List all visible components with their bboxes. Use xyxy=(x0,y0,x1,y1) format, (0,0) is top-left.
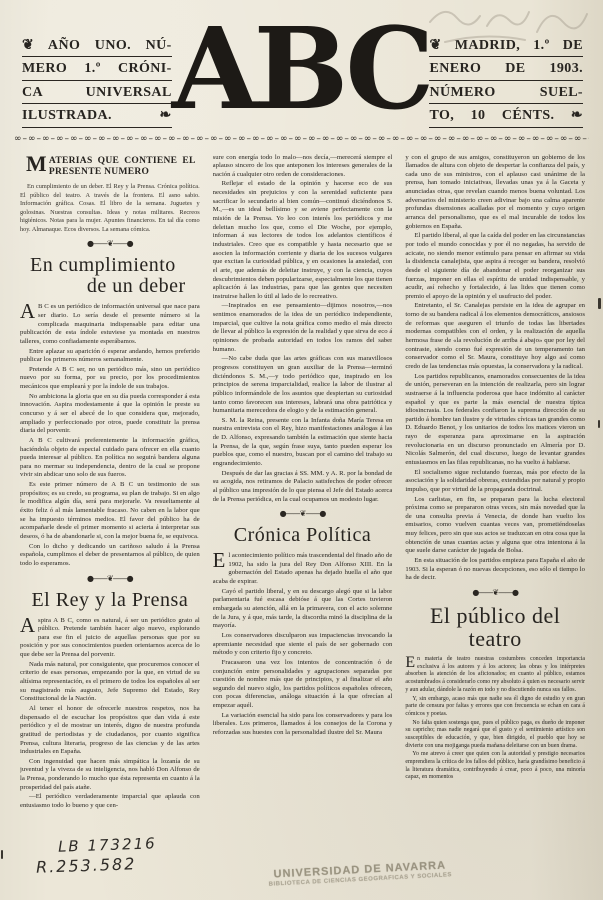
article-title: El Rey y la Prensa xyxy=(20,590,200,611)
paragraph: No ambiciona la gloria que en su día pue… xyxy=(20,393,200,436)
handwritten-accession-number: LB 173216 xyxy=(58,834,157,855)
paragraph: Cayó el partido liberal, y en su descarg… xyxy=(213,588,393,631)
paragraph: El socialismo sigue reclutando fuerzas, … xyxy=(405,469,585,495)
lead-paragraph: El acontecimiento político más trascende… xyxy=(213,552,393,587)
lead-paragraph: A B C es un periódico de información uni… xyxy=(20,303,200,346)
paragraph: Reflejar el estado de la opinión y hacer… xyxy=(213,180,393,301)
paragraph: Pretende A B C ser, no un periódico más,… xyxy=(20,366,200,392)
paragraph: En esta situación de los partidos empiez… xyxy=(405,557,585,583)
masthead-right-line: NÚMERO SUEL- xyxy=(429,85,583,104)
article-body: Cayó el partido liberal, y en su descarg… xyxy=(213,588,393,738)
paragraph: —El periódico verdaderamente imparcial q… xyxy=(20,793,200,810)
article-title: Crónica Política xyxy=(213,525,393,546)
paragraph: Con ingenuidad que hacen más simpática l… xyxy=(20,758,200,793)
chain-ornament-divider: ∞–∞–∞–∞–∞–∞–∞–∞–∞–∞–∞–∞–∞–∞–∞–∞–∞–∞–∞–∞–… xyxy=(14,134,589,146)
section-divider-ornament: ●——❦——● xyxy=(213,509,393,518)
masthead-right-line: TO, 10 CÉNTS. ❧ xyxy=(429,108,583,127)
paragraph: Nada más natural, por consiguiente, que … xyxy=(20,661,200,704)
paragraph: Al tener el honor de ofrecerle nuestros … xyxy=(20,705,200,757)
masthead-left-line: CA UNIVERSAL xyxy=(22,85,172,104)
masthead-left-line: ❦ AÑO UNO. NÚ- xyxy=(22,38,172,57)
paragraph: Los partidos republicanos, enamorados co… xyxy=(405,373,585,468)
column-2: sure con energía todo lo malo—nos decía,… xyxy=(213,154,393,896)
paragraph: A B C cultivará preferentemente la infor… xyxy=(20,437,200,480)
article-en-cumplimiento: En cumplimiento de un deber A B C es un … xyxy=(20,255,200,568)
article-el-rey-y-la-prensa: El Rey y la Prensa Aspira A B C, como es… xyxy=(20,590,200,811)
article-body: Y, sin embargo, acaso más que nadie sea … xyxy=(405,696,585,782)
masthead-left-block: ❦ AÑO UNO. NÚ- MERO 1.º CRÓNI- CA UNIVER… xyxy=(22,38,172,132)
paragraph: El partido liberal, al que la caída del … xyxy=(405,232,585,301)
paragraph: Entre aplazar su aparición ó esperar and… xyxy=(20,348,200,365)
section-divider-ornament: ●——❦——● xyxy=(20,574,200,583)
article-continuation: sure con energía todo lo malo—nos decía,… xyxy=(213,154,393,505)
paragraph: S. M. la Reina, presente con la Infanta … xyxy=(213,417,393,469)
article-title-line1: En cumplimiento xyxy=(20,255,200,276)
paragraph: Los conservadores disculparon sus impaci… xyxy=(213,632,393,658)
newspaper-page: ❦ AÑO UNO. NÚ- MERO 1.º CRÓNI- CA UNIVER… xyxy=(0,0,603,900)
paragraph: Y, sin embargo, acaso más que nadie sea … xyxy=(405,696,585,719)
lead-paragraph: En materia de teatro nuestras costumbres… xyxy=(405,656,585,694)
masthead-left-line: ILUSTRADA. ❧ xyxy=(22,108,172,127)
masthead-right-line: ENERO DE 1903. xyxy=(429,61,583,80)
paragraph: Es este primer número de A B C un testim… xyxy=(20,481,200,541)
paragraph: Con lo dicho y dedicando un cariñoso sal… xyxy=(20,543,200,569)
column-1: MATERIAS QUE CONTIENE EL PRESENTE NUMERO… xyxy=(20,154,200,896)
paragraph: Fracasaron una vez los intentos de conce… xyxy=(213,659,393,711)
materias-title: MATERIAS QUE CONTIENE EL PRESENTE NUMERO xyxy=(26,156,200,180)
pencil-scribble xyxy=(425,2,595,54)
section-divider-ornament: ●——❦——● xyxy=(405,588,585,597)
article-title: En cumplimiento de un deber xyxy=(20,255,200,297)
paragraph: —No cabe duda que las artes gráficas con… xyxy=(213,355,393,415)
materias-box: MATERIAS QUE CONTIENE EL PRESENTE NUMERO… xyxy=(20,156,200,235)
handwritten-register-number: R.253.582 xyxy=(36,854,137,876)
column-3: y con el grupo de sus amigos, constituye… xyxy=(405,154,585,896)
paragraph: sure con energía todo lo malo—nos decía,… xyxy=(213,154,393,180)
article-title-line2: de un deber xyxy=(20,276,200,297)
paragraph: Yo me atrevo á creer que quien con la au… xyxy=(405,751,585,782)
article-el-publico-del-teatro: El público del teatro En materia de teat… xyxy=(405,604,585,782)
section-divider-ornament: ●——❦——● xyxy=(20,239,200,248)
masthead-left-line: MERO 1.º CRÓNI- xyxy=(22,61,172,80)
article-cronica-politica: Crónica Política El acontecimiento polít… xyxy=(213,525,393,737)
article-title: El público del teatro xyxy=(405,604,585,650)
paragraph: y con el grupo de sus amigos, constituye… xyxy=(405,154,585,232)
lead-paragraph: Aspira A B C, como es natural, á ser un … xyxy=(20,617,200,660)
paragraph: La variación esencial ha sido para los c… xyxy=(213,712,393,738)
article-body: Entre aplazar su aparición ó esperar and… xyxy=(20,348,200,569)
columns-container: MATERIAS QUE CONTIENE EL PRESENTE NUMERO… xyxy=(0,146,603,896)
paragraph: Los carlistas, en fin, se preparan para … xyxy=(405,496,585,556)
scan-speck xyxy=(598,420,600,428)
materias-body: En cumplimiento de un deber. El Rey y la… xyxy=(20,183,200,234)
paragraph: Después de dar las gracias á SS. MM. y A… xyxy=(213,470,393,505)
scan-speck xyxy=(598,298,601,309)
paragraph: —Inspirados en ese pensamiento—dijimos n… xyxy=(213,302,393,354)
article-body: Nada más natural, por consiguiente, que … xyxy=(20,661,200,811)
article-continuation: y con el grupo de sus amigos, constituye… xyxy=(405,154,585,583)
paragraph: Entretanto, el Sr. Canalejas persiste en… xyxy=(405,302,585,371)
newspaper-title: ABC xyxy=(172,18,430,121)
scan-speck xyxy=(1,850,3,859)
paragraph: No falta quien sostenga que, pues el púb… xyxy=(405,720,585,751)
